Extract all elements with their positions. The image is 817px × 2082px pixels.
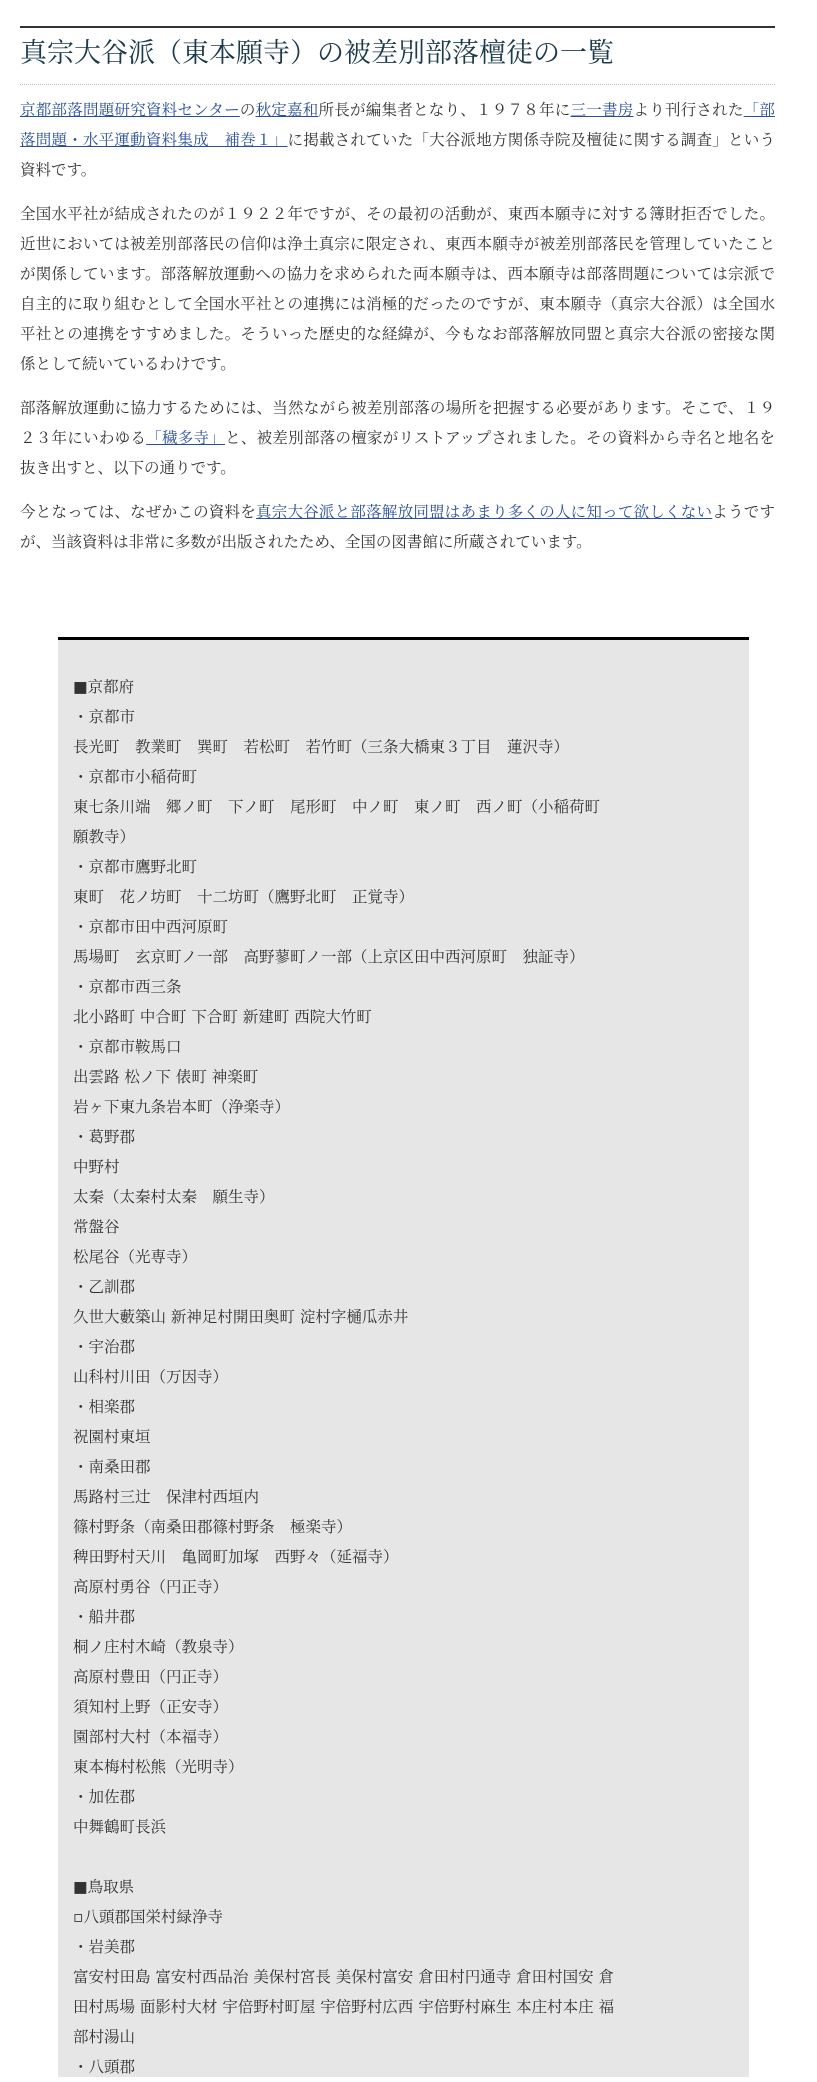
list-line: 松尾谷（光専寺） bbox=[73, 1242, 734, 1272]
list-line: 常盤谷 bbox=[73, 1212, 734, 1242]
list-line: 祝園村東垣 bbox=[73, 1422, 734, 1452]
list-line: 須知村上野（正安寺） bbox=[73, 1692, 734, 1722]
list-line: 部村湯山 bbox=[73, 2022, 734, 2052]
district-heading: ・岩美郡 bbox=[73, 1932, 734, 1962]
district-heading: ・八頭郡 bbox=[73, 2052, 734, 2066]
district-heading: ・宇治郡 bbox=[73, 1332, 734, 1362]
list-line: 長光町 教業町 巽町 若松町 若竹町（三条大橋東３丁目 蓮沢寺） bbox=[73, 732, 734, 762]
list-line: 馬場町 玄京町ノ一部 高野蓼町ノ一部（上京区田中西河原町 独証寺） bbox=[73, 942, 734, 972]
list-line: 岩ヶ下東九条岩本町（浄楽寺） bbox=[73, 1092, 734, 1122]
district-heading: ・乙訓郡 bbox=[73, 1272, 734, 1302]
link-sanichi-shobo[interactable]: 三一書房 bbox=[570, 101, 633, 119]
district-heading: ・京都市 bbox=[73, 702, 734, 732]
page-title: 真宗大谷派（東本願寺）の被差別部落檀徒の一覧 bbox=[20, 28, 775, 85]
list-line: 東七条川端 郷ノ町 下ノ町 尾形町 中ノ町 東ノ町 西ノ町（小稲荷町 bbox=[73, 792, 734, 822]
list-line: 太秦（太秦村太秦 願生寺） bbox=[73, 1182, 734, 1212]
list-line: 篠村野条（南桑田郡篠村野条 極楽寺） bbox=[73, 1512, 734, 1542]
link-not-want-known[interactable]: 真宗大谷派と部落解放同盟はあまり多くの人に知って欲しくない bbox=[256, 503, 712, 521]
district-heading: ・加佐郡 bbox=[73, 1782, 734, 1812]
article: 真宗大谷派（東本願寺）の被差別部落檀徒の一覧 京都部落問題研究資料センターの秋定… bbox=[20, 26, 775, 557]
district-heading: ・京都市小稲荷町 bbox=[73, 762, 734, 792]
list-line: 北小路町 中合町 下合町 新建町 西院大竹町 bbox=[73, 1002, 734, 1032]
district-heading: ・相楽郡 bbox=[73, 1392, 734, 1422]
link-research-center[interactable]: 京都部落問題研究資料センター bbox=[20, 101, 240, 119]
list-line: 桐ノ庄村木崎（教泉寺） bbox=[73, 1632, 734, 1662]
district-heading: ・船井郡 bbox=[73, 1602, 734, 1632]
district-heading: ・京都市西三条 bbox=[73, 972, 734, 1002]
link-akisada[interactable]: 秋定嘉和 bbox=[256, 101, 319, 119]
kyoto-section: ■京都府・京都市長光町 教業町 巽町 若松町 若竹町（三条大橋東３丁目 蓮沢寺）… bbox=[73, 672, 734, 1842]
list-line: 富安村田島 富安村西品治 美保村宮長 美保村富安 倉田村円通寺 倉田村国安 倉 bbox=[73, 1962, 734, 1992]
list-line: 中野村 bbox=[73, 1152, 734, 1182]
list-line: 東町 花ノ坊町 十二坊町（鷹野北町 正覚寺） bbox=[73, 882, 734, 912]
list-line: 園部村大村（本福寺） bbox=[73, 1722, 734, 1752]
history-paragraph: 全国水平社が結成されたのが１９２２年ですが、その最初の活動が、東西本願寺に対する… bbox=[20, 199, 775, 379]
list-line: 高原村勇谷（円正寺） bbox=[73, 1572, 734, 1602]
list-intro-paragraph: 部落解放運動に協力するためには、当然ながら被差別部落の場所を把握する必要がありま… bbox=[20, 393, 775, 483]
section-gap bbox=[73, 1842, 734, 1872]
district-heading: ・京都市田中西河原町 bbox=[73, 912, 734, 942]
list-line: 高原村豊田（円正寺） bbox=[73, 1662, 734, 1692]
list-line: 稗田野村天川 亀岡町加塚 西野々（延福寺） bbox=[73, 1542, 734, 1572]
link-etadera[interactable]: 「穢多寺」 bbox=[146, 429, 225, 447]
list-line: 東本梅村松熊（光明寺） bbox=[73, 1752, 734, 1782]
prefecture-heading: ■鳥取県 bbox=[73, 1872, 734, 1902]
list-line: 山科村川田（万因寺） bbox=[73, 1362, 734, 1392]
district-heading: ・京都市鞍馬口 bbox=[73, 1032, 734, 1062]
note-paragraph: 今となっては、なぜかこの資料を真宗大谷派と部落解放同盟はあまり多くの人に知って欲… bbox=[20, 497, 775, 557]
list-line: 出雲路 松ノ下 俵町 神楽町 bbox=[73, 1062, 734, 1092]
list-line: 馬路村三辻 保津村西垣内 bbox=[73, 1482, 734, 1512]
prefecture-heading: ■京都府 bbox=[73, 672, 734, 702]
list-line: 願教寺） bbox=[73, 822, 734, 852]
district-heading: ・葛野郡 bbox=[73, 1122, 734, 1152]
list-line: 久世大藪築山 新神足村開田奥町 淀村字樋瓜赤井 bbox=[73, 1302, 734, 1332]
tottori-section: ■鳥取県▫八頭郡国栄村緑浄寺・岩美郡富安村田島 富安村西品治 美保村宮長 美保村… bbox=[73, 1872, 734, 2066]
district-heading: ・京都市鷹野北町 bbox=[73, 852, 734, 882]
intro-paragraph: 京都部落問題研究資料センターの秋定嘉和所長が編集者となり、１９７８年に三一書房よ… bbox=[20, 95, 775, 185]
temple-list-box: ■京都府・京都市長光町 教業町 巽町 若松町 若竹町（三条大橋東３丁目 蓮沢寺）… bbox=[58, 637, 749, 2066]
list-line: ▫八頭郡国栄村緑浄寺 bbox=[73, 1902, 734, 1932]
list-line: 田村馬場 面影村大材 宇倍野村町屋 宇倍野村広西 宇倍野村麻生 本庄村本庄 福 bbox=[73, 1992, 734, 2022]
list-line: 中舞鶴町長浜 bbox=[73, 1812, 734, 1842]
district-heading: ・南桑田郡 bbox=[73, 1452, 734, 1482]
